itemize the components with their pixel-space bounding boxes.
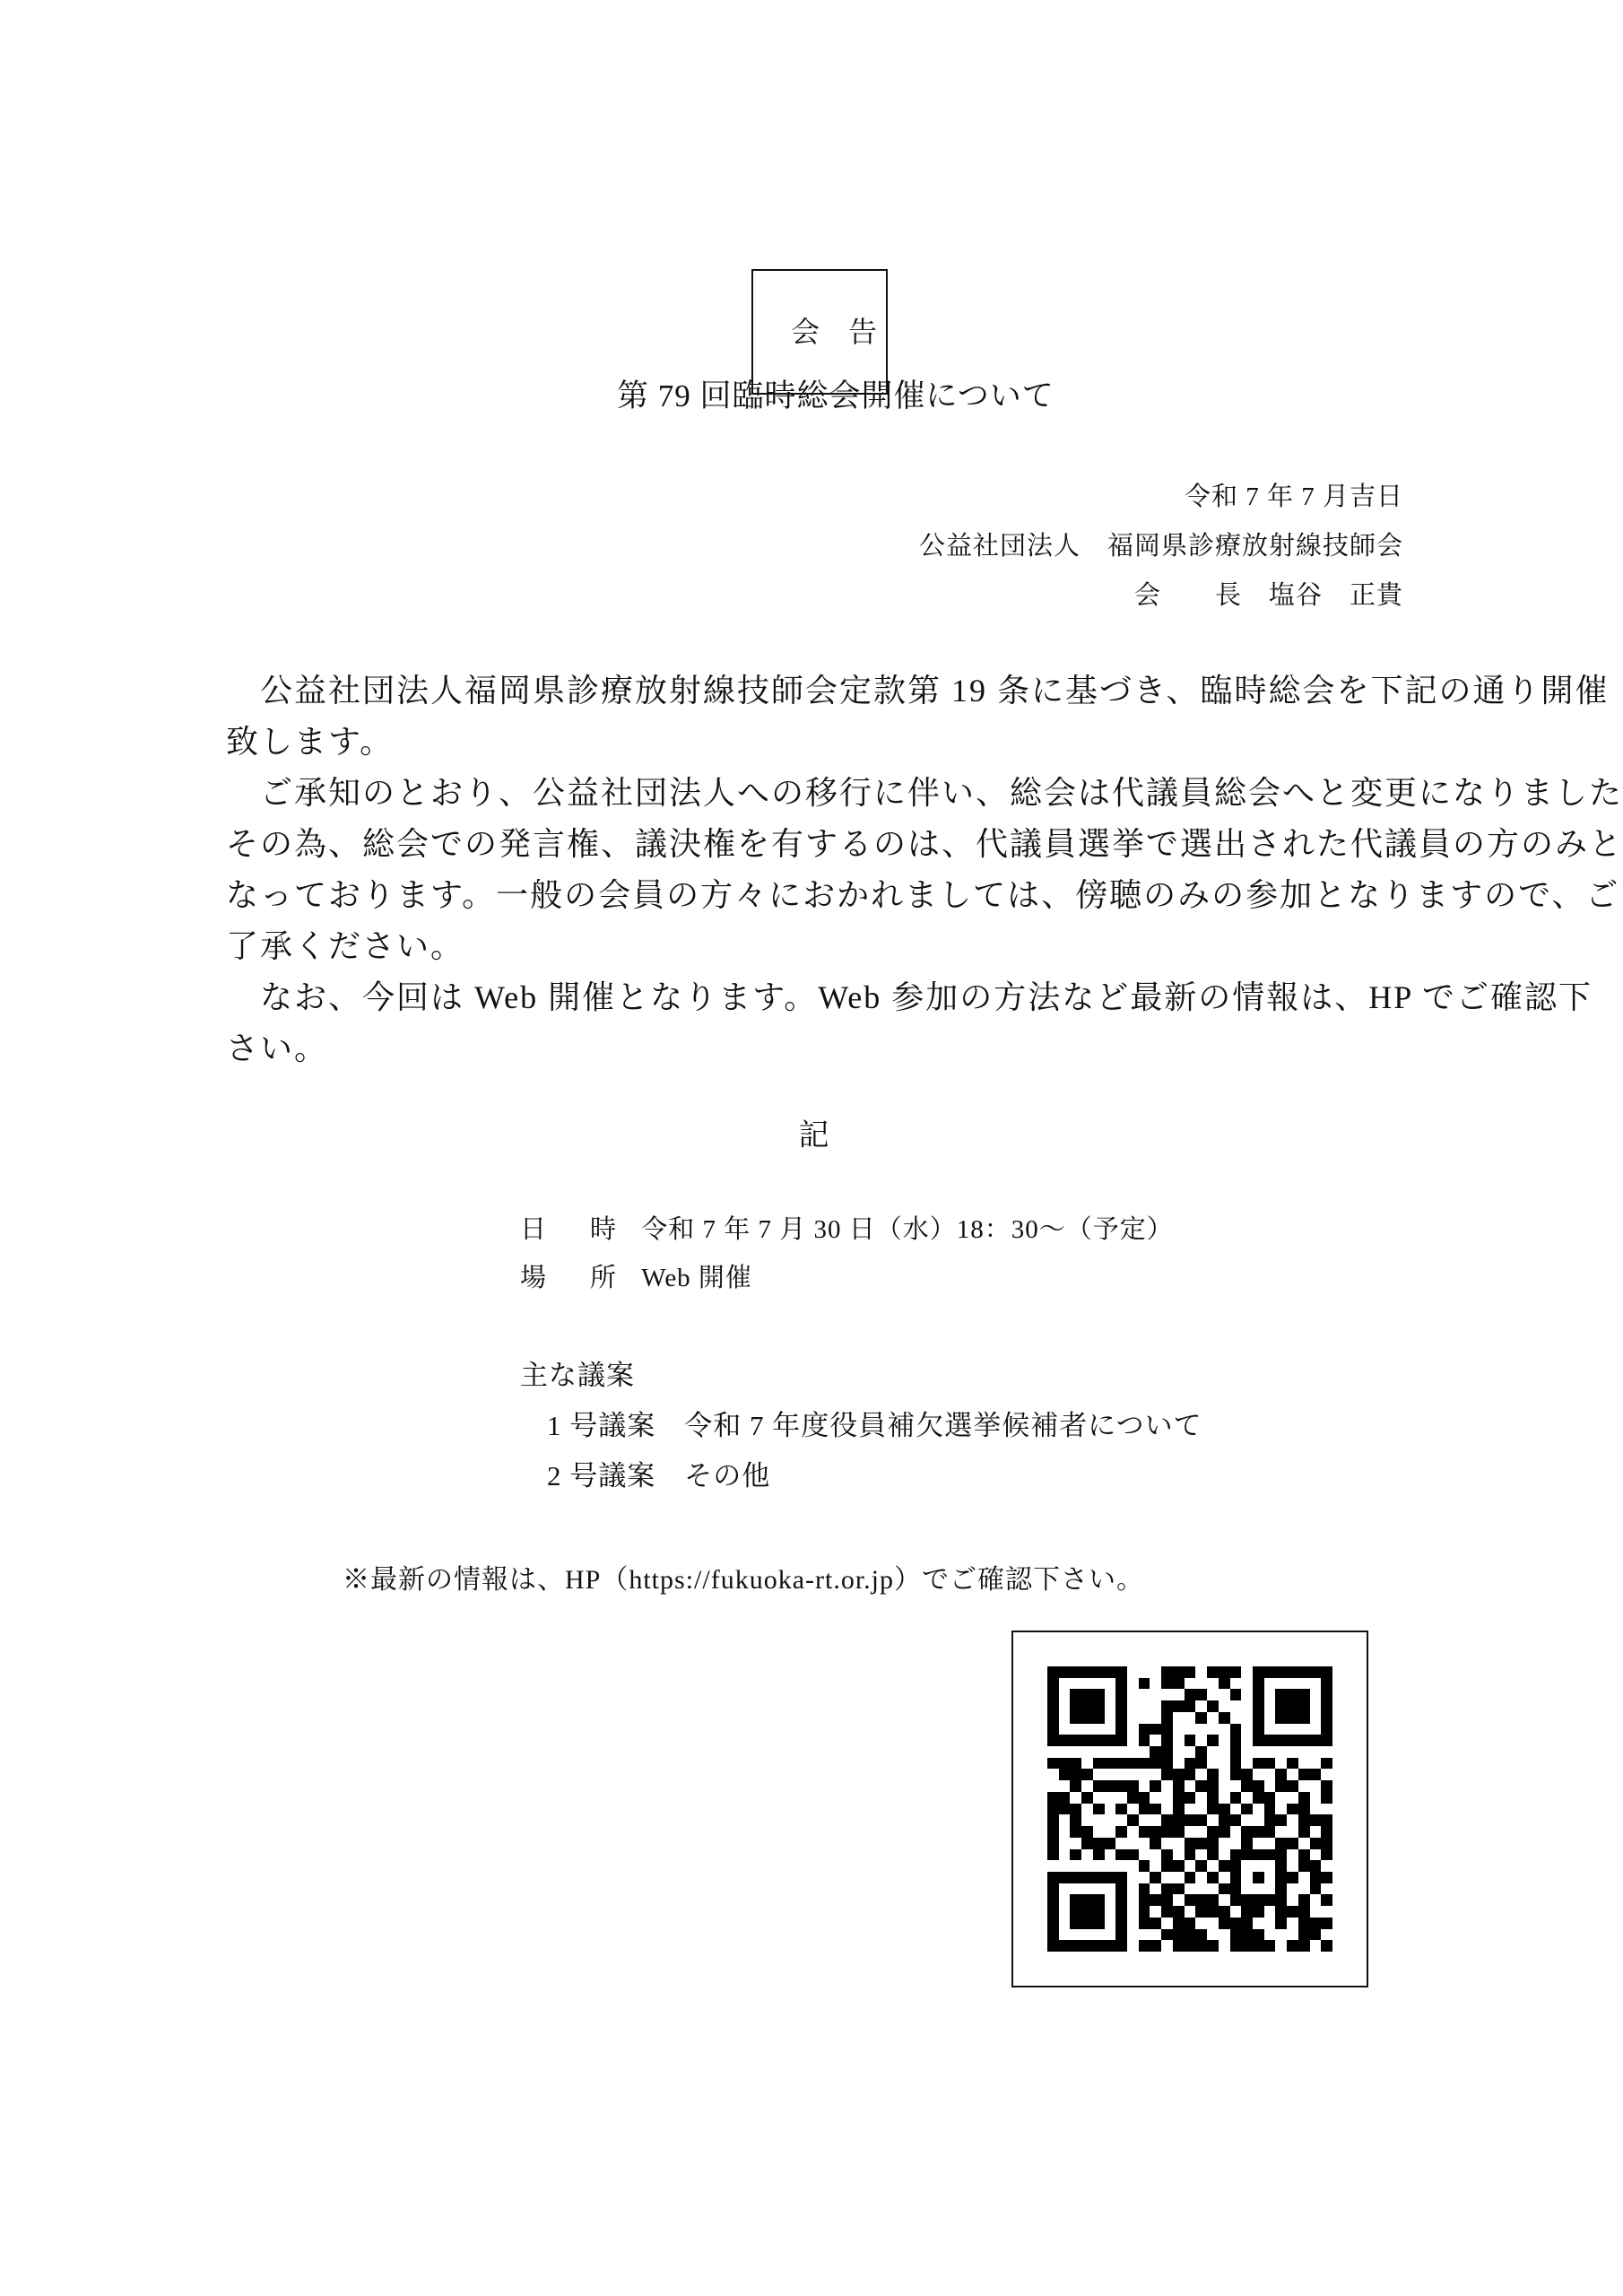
qr-module — [1127, 1780, 1139, 1792]
qr-module — [1161, 1849, 1173, 1861]
qr-module — [1264, 1940, 1276, 1952]
qr-module — [1070, 1894, 1081, 1906]
qr-module — [1207, 1872, 1219, 1883]
qr-module — [1139, 1735, 1150, 1746]
qr-module — [1219, 1894, 1230, 1906]
qr-module — [1253, 1780, 1264, 1792]
qr-module — [1161, 1712, 1173, 1724]
qr-module — [1321, 1883, 1332, 1895]
qr-module — [1253, 1666, 1264, 1678]
paragraph-2: ご承知のとおり、公益社団法人への移行に伴い、総会は代議員総会へと変更になりました… — [226, 768, 1481, 972]
qr-module — [1150, 1735, 1161, 1746]
qr-module — [1321, 1849, 1332, 1861]
qr-module — [1195, 1906, 1207, 1918]
qr-module — [1195, 1804, 1207, 1815]
qr-module — [1230, 1814, 1242, 1826]
qr-module — [1287, 1929, 1298, 1941]
qr-module — [1195, 1769, 1207, 1780]
qr-module — [1264, 1883, 1276, 1895]
qr-module — [1207, 1918, 1219, 1929]
qr-module — [1253, 1940, 1264, 1952]
qr-module — [1173, 1929, 1185, 1941]
qr-module — [1241, 1724, 1253, 1735]
qr-module — [1219, 1700, 1230, 1712]
qr-module — [1070, 1838, 1081, 1849]
qr-module — [1207, 1700, 1219, 1712]
qr-module — [1047, 1666, 1059, 1678]
qr-module — [1105, 1838, 1116, 1849]
qr-module — [1127, 1814, 1139, 1826]
qr-module — [1115, 1746, 1127, 1758]
qr-module — [1105, 1689, 1116, 1700]
qr-module — [1173, 1700, 1185, 1712]
qr-module — [1287, 1814, 1298, 1826]
qr-module — [1139, 1883, 1150, 1895]
qr-module — [1127, 1758, 1139, 1770]
qr-module — [1081, 1883, 1093, 1895]
qr-module — [1161, 1906, 1173, 1918]
qr-module — [1241, 1918, 1253, 1929]
place-value: Web 開催 — [641, 1264, 752, 1292]
qr-module — [1093, 1940, 1105, 1952]
qr-module — [1173, 1758, 1185, 1770]
qr-module — [1241, 1758, 1253, 1770]
qr-module — [1321, 1860, 1332, 1872]
qr-module — [1195, 1700, 1207, 1712]
qr-module — [1093, 1678, 1105, 1690]
qr-module — [1081, 1792, 1093, 1804]
qr-module — [1139, 1780, 1150, 1792]
qr-module — [1195, 1814, 1207, 1826]
qr-module — [1230, 1712, 1242, 1724]
qr-module — [1207, 1792, 1219, 1804]
qr-module — [1241, 1769, 1253, 1780]
qr-module — [1264, 1769, 1276, 1780]
qr-module — [1298, 1746, 1310, 1758]
qr-module — [1275, 1838, 1287, 1849]
qr-module — [1173, 1689, 1185, 1700]
qr-module — [1219, 1758, 1230, 1770]
qr-module — [1150, 1804, 1161, 1815]
qr-module — [1047, 1689, 1059, 1700]
qr-module — [1207, 1929, 1219, 1941]
qr-module — [1173, 1883, 1185, 1895]
qr-module — [1127, 1838, 1139, 1849]
qr-module — [1230, 1758, 1242, 1770]
qr-module — [1298, 1712, 1310, 1724]
qr-module — [1105, 1678, 1116, 1690]
qr-module — [1093, 1849, 1105, 1861]
qr-module — [1298, 1849, 1310, 1861]
qr-module — [1264, 1860, 1276, 1872]
qr-module — [1219, 1929, 1230, 1941]
qr-module — [1287, 1883, 1298, 1895]
qr-module — [1047, 1883, 1059, 1895]
qr-module — [1195, 1894, 1207, 1906]
qr-module — [1321, 1792, 1332, 1804]
body-text: 公益社団法人福岡県診療放射線技師会定款第 19 条に基づき、臨時総会を下記の通り… — [226, 665, 1481, 1074]
qr-module — [1093, 1804, 1105, 1815]
qr-module — [1230, 1872, 1242, 1883]
qr-module — [1070, 1735, 1081, 1746]
qr-module — [1150, 1700, 1161, 1712]
qr-module — [1287, 1792, 1298, 1804]
qr-module — [1161, 1940, 1173, 1952]
qr-module — [1275, 1758, 1287, 1770]
qr-module — [1241, 1838, 1253, 1849]
qr-module — [1264, 1838, 1276, 1849]
qr-module — [1241, 1689, 1253, 1700]
qr-module — [1219, 1940, 1230, 1952]
qr-module — [1264, 1735, 1276, 1746]
qr-module — [1161, 1918, 1173, 1929]
qr-module — [1139, 1758, 1150, 1770]
qr-module — [1059, 1735, 1071, 1746]
qr-module — [1219, 1860, 1230, 1872]
qr-module — [1207, 1906, 1219, 1918]
qr-module — [1070, 1804, 1081, 1815]
qr-module — [1185, 1735, 1196, 1746]
qr-module — [1219, 1780, 1230, 1792]
qr-module — [1275, 1940, 1287, 1952]
qr-module — [1139, 1814, 1150, 1826]
qr-module — [1275, 1804, 1287, 1815]
qr-module — [1047, 1678, 1059, 1690]
qr-module — [1150, 1780, 1161, 1792]
text-line: 致します。 — [226, 717, 1481, 768]
qr-module — [1230, 1883, 1242, 1895]
qr-module — [1264, 1849, 1276, 1861]
qr-module — [1253, 1689, 1264, 1700]
qr-module — [1081, 1758, 1093, 1770]
qr-module — [1127, 1689, 1139, 1700]
qr-module — [1253, 1804, 1264, 1815]
qr-module — [1047, 1929, 1059, 1941]
qr-module — [1093, 1780, 1105, 1792]
qr-module — [1230, 1678, 1242, 1690]
qr-module — [1241, 1883, 1253, 1895]
qr-module — [1253, 1894, 1264, 1906]
qr-module — [1275, 1712, 1287, 1724]
qr-module — [1230, 1792, 1242, 1804]
qr-module — [1059, 1838, 1071, 1849]
qr-module — [1047, 1746, 1059, 1758]
qr-module — [1185, 1918, 1196, 1929]
qr-module — [1059, 1849, 1071, 1861]
qr-module — [1219, 1712, 1230, 1724]
qr-module — [1275, 1906, 1287, 1918]
qr-module — [1230, 1918, 1242, 1929]
qr-module — [1253, 1872, 1264, 1883]
qr-module — [1264, 1894, 1276, 1906]
qr-module — [1115, 1849, 1127, 1861]
qr-module — [1059, 1826, 1071, 1838]
qr-module — [1115, 1724, 1127, 1735]
qr-module — [1059, 1678, 1071, 1690]
qr-module — [1310, 1678, 1322, 1690]
qr-module — [1298, 1804, 1310, 1815]
qr-module — [1185, 1700, 1196, 1712]
qr-module — [1207, 1883, 1219, 1895]
qr-module — [1127, 1735, 1139, 1746]
qr-module — [1059, 1906, 1071, 1918]
qr-module — [1150, 1860, 1161, 1872]
qr-module — [1070, 1792, 1081, 1804]
qr-module — [1070, 1883, 1081, 1895]
qr-module — [1264, 1758, 1276, 1770]
qr-module — [1059, 1860, 1071, 1872]
qr-module — [1195, 1872, 1207, 1883]
qr-module — [1059, 1940, 1071, 1952]
qr-module — [1219, 1792, 1230, 1804]
qr-module — [1230, 1689, 1242, 1700]
qr-module — [1264, 1792, 1276, 1804]
qr-module — [1287, 1826, 1298, 1838]
qr-module — [1150, 1689, 1161, 1700]
qr-module — [1150, 1906, 1161, 1918]
qr-module — [1059, 1712, 1071, 1724]
qr-module — [1081, 1666, 1093, 1678]
qr-module — [1081, 1689, 1093, 1700]
qr-module — [1185, 1689, 1196, 1700]
qr-module — [1115, 1894, 1127, 1906]
qr-module — [1127, 1929, 1139, 1941]
qr-module — [1081, 1746, 1093, 1758]
qr-module — [1105, 1940, 1116, 1952]
qr-module — [1070, 1906, 1081, 1918]
qr-module — [1161, 1666, 1173, 1678]
qr-module — [1105, 1758, 1116, 1770]
qr-module — [1185, 1666, 1196, 1678]
qr-module — [1150, 1872, 1161, 1883]
qr-module — [1195, 1735, 1207, 1746]
qr-module — [1253, 1700, 1264, 1712]
qr-module — [1195, 1918, 1207, 1929]
qr-module — [1241, 1712, 1253, 1724]
qr-module — [1081, 1712, 1093, 1724]
qr-module — [1195, 1780, 1207, 1792]
qr-module — [1321, 1826, 1332, 1838]
qr-code — [1047, 1666, 1332, 1952]
qr-module — [1047, 1735, 1059, 1746]
qr-module — [1185, 1883, 1196, 1895]
qr-module — [1321, 1838, 1332, 1849]
qr-module — [1105, 1814, 1116, 1826]
qr-module — [1298, 1838, 1310, 1849]
qr-module — [1264, 1689, 1276, 1700]
qr-module — [1298, 1758, 1310, 1770]
qr-module — [1321, 1894, 1332, 1906]
qr-module — [1275, 1894, 1287, 1906]
qr-module — [1047, 1724, 1059, 1735]
qr-module — [1310, 1712, 1322, 1724]
text-line: 公益社団法人福岡県診療放射線技師会定款第 19 条に基づき、臨時総会を下記の通り… — [226, 665, 1481, 717]
qr-module — [1093, 1906, 1105, 1918]
qr-module — [1105, 1883, 1116, 1895]
qr-module — [1275, 1860, 1287, 1872]
qr-module — [1275, 1689, 1287, 1700]
qr-module — [1241, 1872, 1253, 1883]
qr-module — [1185, 1724, 1196, 1735]
qr-module — [1047, 1814, 1059, 1826]
qr-module — [1161, 1735, 1173, 1746]
qr-module — [1195, 1666, 1207, 1678]
qr-module — [1253, 1814, 1264, 1826]
qr-module — [1093, 1700, 1105, 1712]
qr-module — [1264, 1826, 1276, 1838]
qr-module — [1047, 1860, 1059, 1872]
datetime-row: 日 時 令和 7 年 7 月 30 日（水）18：30～（予定） — [520, 1209, 1174, 1246]
qr-module — [1081, 1838, 1093, 1849]
qr-module — [1241, 1940, 1253, 1952]
qr-module — [1161, 1746, 1173, 1758]
qr-module — [1241, 1746, 1253, 1758]
qr-module — [1207, 1860, 1219, 1872]
qr-module — [1185, 1849, 1196, 1861]
text-line: なお、今回は Web 開催となります。Web 参加の方法など最新の情報は、HP … — [226, 972, 1481, 1023]
qr-module — [1093, 1758, 1105, 1770]
qr-module — [1070, 1929, 1081, 1941]
qr-module — [1115, 1758, 1127, 1770]
qr-module — [1105, 1826, 1116, 1838]
qr-module — [1310, 1906, 1322, 1918]
qr-module — [1185, 1780, 1196, 1792]
qr-module — [1115, 1735, 1127, 1746]
qr-module — [1321, 1700, 1332, 1712]
qr-module — [1093, 1860, 1105, 1872]
qr-module — [1070, 1769, 1081, 1780]
qr-module — [1139, 1678, 1150, 1690]
qr-module — [1161, 1894, 1173, 1906]
qr-module — [1139, 1826, 1150, 1838]
qr-module — [1207, 1689, 1219, 1700]
qr-module — [1230, 1894, 1242, 1906]
qr-module — [1253, 1860, 1264, 1872]
qr-module — [1059, 1700, 1071, 1712]
qr-module — [1253, 1849, 1264, 1861]
qr-module — [1185, 1929, 1196, 1941]
qr-module — [1253, 1735, 1264, 1746]
qr-module — [1173, 1872, 1185, 1883]
qr-module — [1059, 1780, 1071, 1792]
qr-module — [1127, 1918, 1139, 1929]
qr-module — [1275, 1769, 1287, 1780]
qr-module — [1253, 1929, 1264, 1941]
qr-module — [1253, 1746, 1264, 1758]
qr-module — [1173, 1940, 1185, 1952]
qr-module — [1310, 1792, 1322, 1804]
notice-heading: 記 — [226, 1110, 1403, 1154]
qr-module — [1150, 1712, 1161, 1724]
qr-module — [1127, 1746, 1139, 1758]
qr-module — [1185, 1804, 1196, 1815]
qr-module — [1127, 1724, 1139, 1735]
qr-module — [1070, 1689, 1081, 1700]
qr-module — [1310, 1689, 1322, 1700]
text-line: さい。 — [226, 1023, 1481, 1074]
qr-module — [1127, 1804, 1139, 1815]
qr-module — [1219, 1906, 1230, 1918]
qr-module — [1185, 1769, 1196, 1780]
qr-module — [1093, 1826, 1105, 1838]
qr-module — [1195, 1929, 1207, 1941]
qr-module — [1310, 1724, 1322, 1735]
qr-module — [1264, 1666, 1276, 1678]
qr-module — [1093, 1792, 1105, 1804]
qr-module — [1298, 1792, 1310, 1804]
qr-module — [1321, 1689, 1332, 1700]
qr-module — [1185, 1906, 1196, 1918]
qr-module — [1093, 1883, 1105, 1895]
qr-module — [1150, 1849, 1161, 1861]
qr-module — [1081, 1894, 1093, 1906]
qr-module — [1230, 1906, 1242, 1918]
qr-module — [1173, 1769, 1185, 1780]
qr-module — [1173, 1735, 1185, 1746]
qr-module — [1115, 1929, 1127, 1941]
qr-module — [1127, 1792, 1139, 1804]
qr-module — [1310, 1872, 1322, 1883]
qr-module — [1287, 1758, 1298, 1770]
qr-module — [1219, 1838, 1230, 1849]
qr-module — [1173, 1746, 1185, 1758]
qr-module — [1195, 1849, 1207, 1861]
qr-module — [1207, 1940, 1219, 1952]
qr-module — [1173, 1826, 1185, 1838]
qr-module — [1219, 1918, 1230, 1929]
qr-module — [1047, 1849, 1059, 1861]
qr-module — [1195, 1838, 1207, 1849]
qr-module — [1298, 1940, 1310, 1952]
text-line: ご承知のとおり、公益社団法人への移行に伴い、総会は代議員総会へと変更になりました… — [226, 768, 1481, 819]
qr-module — [1253, 1758, 1264, 1770]
qr-module — [1321, 1746, 1332, 1758]
qr-module — [1105, 1804, 1116, 1815]
qr-module — [1219, 1849, 1230, 1861]
qr-module — [1127, 1872, 1139, 1883]
qr-module — [1105, 1724, 1116, 1735]
qr-module — [1253, 1712, 1264, 1724]
qr-module — [1185, 1758, 1196, 1770]
qr-module — [1230, 1804, 1242, 1815]
qr-module — [1298, 1918, 1310, 1929]
qr-module — [1047, 1792, 1059, 1804]
qr-module — [1150, 1666, 1161, 1678]
qr-module — [1047, 1872, 1059, 1883]
qr-module — [1264, 1906, 1276, 1918]
qr-module — [1219, 1769, 1230, 1780]
qr-module — [1185, 1940, 1196, 1952]
qr-module — [1081, 1826, 1093, 1838]
qr-module — [1115, 1860, 1127, 1872]
qr-module — [1185, 1894, 1196, 1906]
qr-module — [1310, 1940, 1322, 1952]
qr-module — [1207, 1894, 1219, 1906]
qr-module — [1093, 1689, 1105, 1700]
qr-module — [1115, 1666, 1127, 1678]
qr-module — [1150, 1792, 1161, 1804]
qr-module — [1173, 1804, 1185, 1815]
qr-module — [1310, 1700, 1322, 1712]
qr-module — [1264, 1929, 1276, 1941]
qr-module — [1287, 1666, 1298, 1678]
qr-module — [1093, 1724, 1105, 1735]
qr-module — [1298, 1860, 1310, 1872]
qr-module — [1161, 1883, 1173, 1895]
qr-module — [1185, 1872, 1196, 1883]
agenda-heading: 主な議案 — [520, 1352, 635, 1393]
qr-module — [1081, 1700, 1093, 1712]
